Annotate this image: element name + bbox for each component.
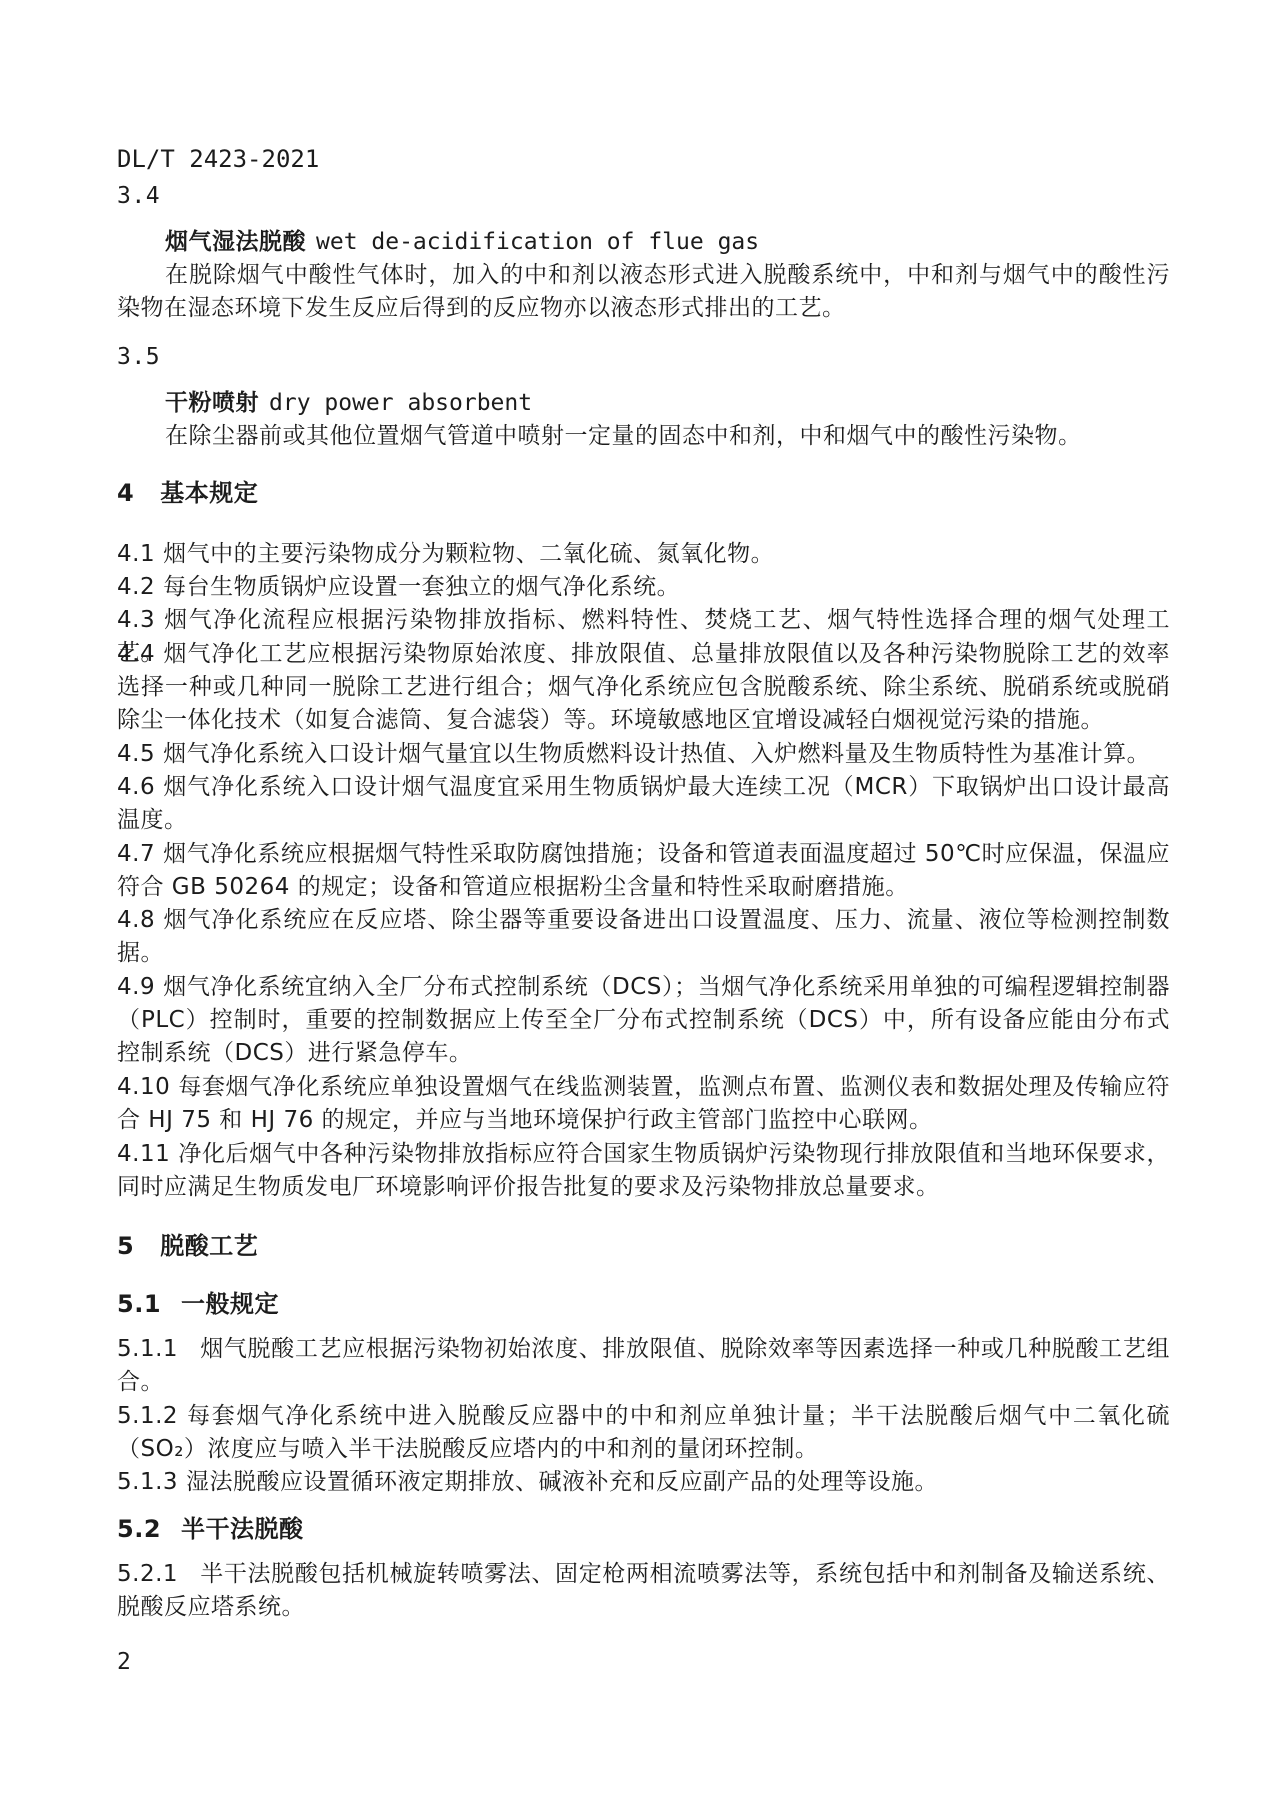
clause-4-7-text: 烟气净化系统应根据烟气特性采取防腐蚀措施；设备和管道表面温度超过 50℃时应保温… <box>117 841 1170 900</box>
term-entry-3-4: 烟气湿法脱酸wet de-acidification of flue gas <box>117 226 1170 259</box>
clause-5-1-1: 5.1.1烟气脱酸工艺应根据污染物初始浓度、排放限值、脱除效率等因素选择一种或几… <box>117 1333 1170 1399</box>
clause-5-2-1-number: 5.2.1 <box>117 1561 178 1587</box>
subsection-5-1-heading: 5.1一般规定 <box>117 1288 1170 1321</box>
clause-5-1-3-number: 5.1.3 <box>117 1469 178 1495</box>
subsection-5-1-title: 一般规定 <box>181 1290 279 1318</box>
document-page: DL/T 2423-2021 3.4 烟气湿法脱酸wet de-acidific… <box>0 0 1271 1797</box>
clause-4-4-number: 4.4 <box>117 641 155 667</box>
clause-4-6-number: 4.6 <box>117 774 155 800</box>
section-4-title: 基本规定 <box>160 479 258 507</box>
clause-4-6-text: 烟气净化系统入口设计烟气温度宜采用生物质锅炉最大连续工况（MCR）下取锅炉出口设… <box>117 774 1170 833</box>
clause-4-4: 4.4烟气净化工艺应根据污染物原始浓度、排放限值、总量排放限值以及各种污染物脱除… <box>117 638 1170 737</box>
clause-5-1-1-text: 烟气脱酸工艺应根据污染物初始浓度、排放限值、脱除效率等因素选择一种或几种脱酸工艺… <box>117 1336 1170 1395</box>
term-en-3-5: dry power absorbent <box>269 390 532 416</box>
clause-4-1-number: 4.1 <box>117 541 155 567</box>
term-number-3-4: 3.4 <box>117 180 1170 213</box>
clause-4-1: 4.1烟气中的主要污染物成分为颗粒物、二氧化硫、氮氧化物。 <box>117 538 1170 571</box>
term-definition-3-5: 在除尘器前或其他位置烟气管道中喷射一定量的固态中和剂，中和烟气中的酸性污染物。 <box>117 420 1170 453</box>
section-5-heading: 5脱酸工艺 <box>117 1230 1170 1263</box>
document-standard-number: DL/T 2423-2021 <box>117 143 1170 176</box>
clause-4-1-text: 烟气中的主要污染物成分为颗粒物、二氧化硫、氮氧化物。 <box>163 541 774 567</box>
clause-4-11: 4.11净化后烟气中各种污染物排放指标应符合国家生物质锅炉污染物现行排放限值和当… <box>117 1138 1170 1204</box>
term-en-3-4: wet de-acidification of flue gas <box>316 229 759 255</box>
clause-4-11-number: 4.11 <box>117 1141 170 1167</box>
clause-4-7-number: 4.7 <box>117 841 155 867</box>
section-5-number: 5 <box>117 1232 134 1260</box>
page-number: 2 <box>117 1646 1170 1679</box>
clause-4-3-number: 4.3 <box>117 607 155 633</box>
term-zh-3-4: 烟气湿法脱酸 <box>165 229 306 255</box>
term-entry-3-5: 干粉喷射dry power absorbent <box>117 387 1170 420</box>
clause-4-6: 4.6烟气净化系统入口设计烟气温度宜采用生物质锅炉最大连续工况（MCR）下取锅炉… <box>117 771 1170 837</box>
section-5-title: 脱酸工艺 <box>160 1232 258 1260</box>
clause-5-1-1-number: 5.1.1 <box>117 1336 178 1362</box>
clause-4-5: 4.5烟气净化系统入口设计烟气量宜以生物质燃料设计热值、入炉燃料量及生物质特性为… <box>117 738 1170 771</box>
clause-4-10-text: 每套烟气净化系统应单独设置烟气在线监测装置，监测点布置、监测仪表和数据处理及传输… <box>117 1074 1170 1133</box>
subsection-5-2-title: 半干法脱酸 <box>181 1515 304 1543</box>
clause-4-2: 4.2每台生物质锅炉应设置一套独立的烟气净化系统。 <box>117 571 1170 604</box>
subsection-5-2-number: 5.2 <box>117 1515 161 1543</box>
term-number-3-5: 3.5 <box>117 341 1170 374</box>
clause-4-8-number: 4.8 <box>117 907 155 933</box>
term-definition-3-4: 在脱除烟气中酸性气体时，加入的中和剂以液态形式进入脱酸系统中，中和剂与烟气中的酸… <box>117 259 1170 325</box>
clause-4-2-number: 4.2 <box>117 574 155 600</box>
clause-4-9-text: 烟气净化系统宜纳入全厂分布式控制系统（DCS）；当烟气净化系统采用单独的可编程逻… <box>117 974 1170 1066</box>
clause-4-9: 4.9烟气净化系统宜纳入全厂分布式控制系统（DCS）；当烟气净化系统采用单独的可… <box>117 971 1170 1070</box>
clause-5-2-1: 5.2.1半干法脱酸包括机械旋转喷雾法、固定枪两相流喷雾法等，系统包括中和剂制备… <box>117 1558 1170 1624</box>
clause-4-4-text: 烟气净化工艺应根据污染物原始浓度、排放限值、总量排放限值以及各种污染物脱除工艺的… <box>117 641 1170 733</box>
subsection-5-2-heading: 5.2半干法脱酸 <box>117 1513 1170 1546</box>
clause-4-10: 4.10每套烟气净化系统应单独设置烟气在线监测装置，监测点布置、监测仪表和数据处… <box>117 1071 1170 1137</box>
clause-4-10-number: 4.10 <box>117 1074 170 1100</box>
clause-5-1-2-text: 每套烟气净化系统中进入脱酸反应器中的中和剂应单独计量；半干法脱酸后烟气中二氧化硫… <box>117 1403 1170 1462</box>
clause-4-7: 4.7烟气净化系统应根据烟气特性采取防腐蚀措施；设备和管道表面温度超过 50℃时… <box>117 838 1170 904</box>
clause-5-1-3: 5.1.3湿法脱酸应设置循环液定期排放、碱液补充和反应副产品的处理等设施。 <box>117 1466 1170 1499</box>
clause-4-8-text: 烟气净化系统应在反应塔、除尘器等重要设备进出口设置温度、压力、流量、液位等检测控… <box>117 907 1170 966</box>
subsection-5-1-number: 5.1 <box>117 1290 161 1318</box>
clause-4-8: 4.8烟气净化系统应在反应塔、除尘器等重要设备进出口设置温度、压力、流量、液位等… <box>117 904 1170 970</box>
term-zh-3-5: 干粉喷射 <box>165 390 259 416</box>
clause-5-2-1-text: 半干法脱酸包括机械旋转喷雾法、固定枪两相流喷雾法等，系统包括中和剂制备及输送系统… <box>117 1561 1170 1620</box>
clause-4-5-text: 烟气净化系统入口设计烟气量宜以生物质燃料设计热值、入炉燃料量及生物质特性为基准计… <box>163 741 1150 767</box>
clause-4-11-text: 净化后烟气中各种污染物排放指标应符合国家生物质锅炉污染物现行排放限值和当地环保要… <box>117 1141 1170 1200</box>
clause-4-5-number: 4.5 <box>117 741 155 767</box>
clause-5-1-2-number: 5.1.2 <box>117 1403 178 1429</box>
clause-4-2-text: 每台生物质锅炉应设置一套独立的烟气净化系统。 <box>163 574 680 600</box>
clause-5-1-2: 5.1.2每套烟气净化系统中进入脱酸反应器中的中和剂应单独计量；半干法脱酸后烟气… <box>117 1400 1170 1466</box>
clause-5-1-3-text: 湿法脱酸应设置循环液定期排放、碱液补充和反应副产品的处理等设施。 <box>186 1469 938 1495</box>
clause-4-9-number: 4.9 <box>117 974 155 1000</box>
section-4-heading: 4基本规定 <box>117 477 1170 510</box>
section-4-number: 4 <box>117 479 134 507</box>
